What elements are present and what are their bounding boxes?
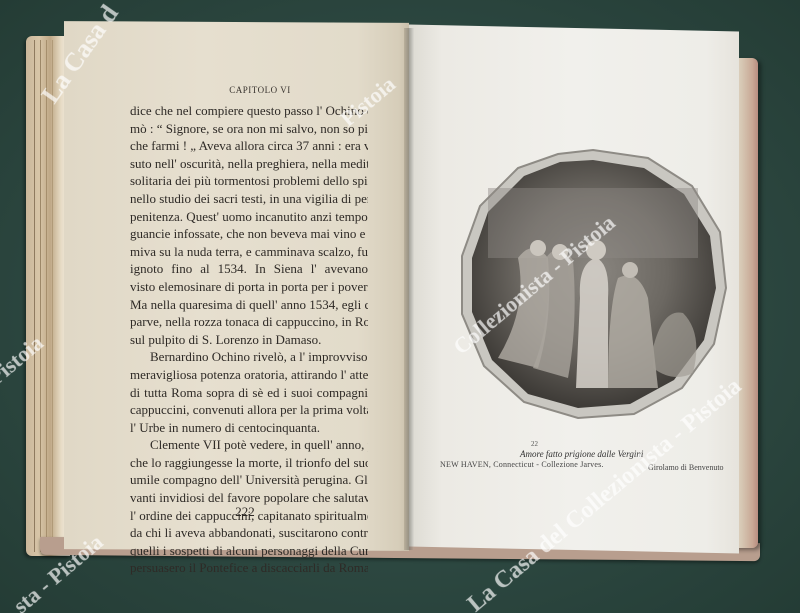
text-line: di tutta Roma sopra di sè ed i suoi comp…: [130, 384, 368, 402]
text-line: parve, nella rozza tonaca di cappuccino,…: [130, 313, 368, 331]
text-line: suto nell' oscurità, nella preghiera, ne…: [130, 155, 368, 173]
running-head: CAPITOLO VI: [190, 85, 330, 95]
page-number: 222: [225, 504, 265, 520]
book-gutter: [404, 28, 414, 550]
text-line: dice che nel compiere questo passo l' Oc…: [130, 102, 368, 120]
text-line: ignoto fino al 1534. In Siena l' avevano: [130, 260, 368, 278]
text-line: Ma nella quaresima di quell' anno 1534, …: [130, 296, 368, 314]
text-line: guancie infossate, che non beveva mai vi…: [130, 225, 368, 243]
text-line: penitenza. Quest' uomo incanutito anzi t…: [130, 208, 368, 226]
text-line: quelli i sospetti di alcuni personaggi d…: [130, 542, 368, 560]
text-line: l' Urbe in numero di centocinquanta.: [130, 419, 368, 437]
plate-title: Amore fatto prigione dalle Vergini: [520, 449, 643, 459]
text-line: visto elemosinare di porta in porta per …: [130, 278, 368, 296]
tondo-painting-icon: [458, 148, 728, 420]
plate-number: 22: [531, 440, 538, 448]
text-line: persuasero il Pontefice a discacciarli d…: [130, 559, 368, 577]
plate-location: NEW HAVEN, Connecticut - Collezione Jarv…: [440, 460, 604, 469]
text-line: nello studio dei sacri testi, in una vig…: [130, 190, 368, 208]
text-line: da chi li aveva abbandonati, suscitarono…: [130, 524, 368, 542]
text-line: umile compagno dell' Università perugina…: [130, 471, 368, 489]
text-line: Clemente VII potè vedere, in quell' anno…: [130, 436, 368, 454]
text-line: che lo raggiungesse la morte, il trionfo…: [130, 454, 368, 472]
text-line: meravigliosa potenza oratoria, attirando…: [130, 366, 368, 384]
text-line: mò : “ Signore, se ora non mi salvo, non…: [130, 120, 368, 138]
text-line: Bernardino Ochino rivelò, a l' improvvis…: [130, 348, 368, 366]
text-line: cappuccini, convenuti allora per la prim…: [130, 401, 368, 419]
text-line: miva su la nuda terra, e camminava scalz…: [130, 243, 368, 261]
text-line: che farmi ! „ Aveva allora circa 37 anni…: [130, 137, 368, 155]
illustration-plate: [458, 148, 728, 420]
text-line: sul pulpito di S. Lorenzo in Damaso.: [130, 331, 368, 349]
text-line: solitaria dei più tormentosi problemi de…: [130, 172, 368, 190]
